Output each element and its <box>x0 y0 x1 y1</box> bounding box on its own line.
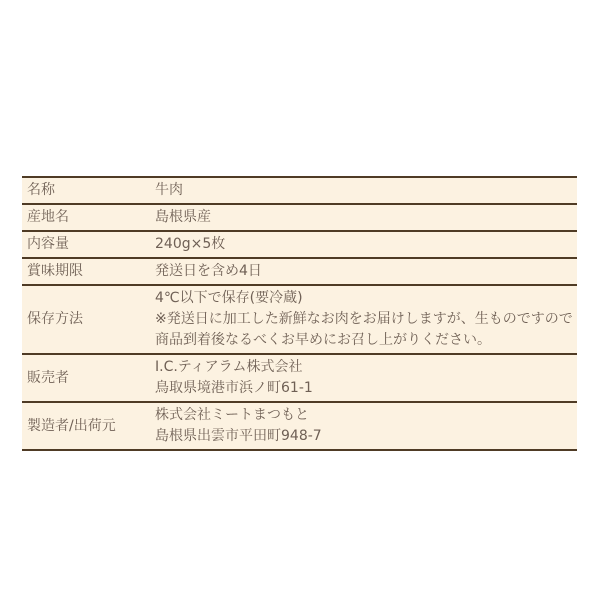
value-line: 島根県出雲市平田町948-7 <box>155 426 572 447</box>
row-value-origin: 島根県産 <box>150 204 577 231</box>
row-value-best-before: 発送日を含め4日 <box>150 258 577 285</box>
page-background: 名称 牛肉 産地名 島根県産 内容量 240g×5枚 賞味期限 <box>0 0 600 600</box>
table-row: 賞味期限 発送日を含め4日 <box>22 258 577 285</box>
value-line: ※発送日に加工した新鮮なお肉をお届けしますが、生ものですので <box>155 309 572 330</box>
row-label-storage: 保存方法 <box>22 285 150 354</box>
row-value-manufacturer: 株式会社ミートまつもと 島根県出雲市平田町948-7 <box>150 402 577 450</box>
value-line: 島根県産 <box>155 207 572 228</box>
row-label-manufacturer: 製造者/出荷元 <box>22 402 150 450</box>
value-line: 牛肉 <box>155 180 572 201</box>
value-line: 240g×5枚 <box>155 234 572 255</box>
row-value-name: 牛肉 <box>150 177 577 204</box>
product-spec-table: 名称 牛肉 産地名 島根県産 内容量 240g×5枚 賞味期限 <box>22 176 577 451</box>
value-line: 株式会社ミートまつもと <box>155 405 572 426</box>
value-line: 4℃以下で保存(要冷蔵) <box>155 288 572 309</box>
row-value-contents: 240g×5枚 <box>150 231 577 258</box>
row-value-seller: I.C.ティアラム株式会社 鳥取県境港市浜ノ町61-1 <box>150 354 577 402</box>
table-row: 製造者/出荷元 株式会社ミートまつもと 島根県出雲市平田町948-7 <box>22 402 577 450</box>
table-row: 販売者 I.C.ティアラム株式会社 鳥取県境港市浜ノ町61-1 <box>22 354 577 402</box>
row-label-seller: 販売者 <box>22 354 150 402</box>
row-label-name: 名称 <box>22 177 150 204</box>
value-line: 発送日を含め4日 <box>155 261 572 282</box>
table-row: 産地名 島根県産 <box>22 204 577 231</box>
value-line: I.C.ティアラム株式会社 <box>155 357 572 378</box>
table-row: 名称 牛肉 <box>22 177 577 204</box>
table-row: 内容量 240g×5枚 <box>22 231 577 258</box>
value-line: 商品到着後なるべくお早めにお召し上がりください。 <box>155 330 572 351</box>
row-value-storage: 4℃以下で保存(要冷蔵) ※発送日に加工した新鮮なお肉をお届けしますが、生もので… <box>150 285 577 354</box>
row-label-origin: 産地名 <box>22 204 150 231</box>
table-row: 保存方法 4℃以下で保存(要冷蔵) ※発送日に加工した新鮮なお肉をお届けしますが… <box>22 285 577 354</box>
row-label-contents: 内容量 <box>22 231 150 258</box>
row-label-best-before: 賞味期限 <box>22 258 150 285</box>
value-line: 鳥取県境港市浜ノ町61-1 <box>155 378 572 399</box>
